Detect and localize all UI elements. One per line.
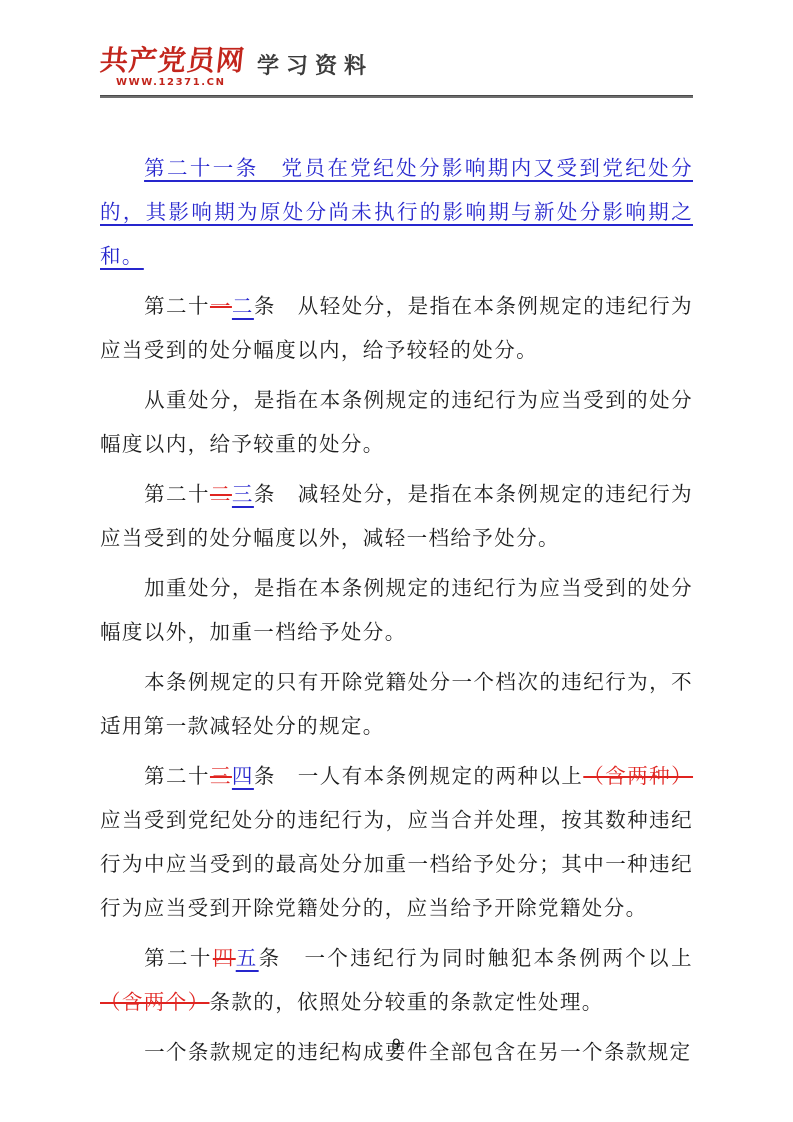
doc-type-label: 学习资料: [257, 49, 373, 80]
header-rule: [100, 95, 693, 98]
paragraph: 第二十二三条 减轻处分，是指在本条例规定的违纪行为应当受到的处分幅度以外，减轻一…: [100, 473, 693, 561]
inserted-text: 五: [236, 948, 259, 970]
site-logo: 共产党员网 WWW.12371.CN: [100, 46, 245, 88]
page-footer: 9: [0, 1037, 793, 1053]
paragraph: 第二十四五条 一个违纪行为同时触犯本条例两个以上（含两个）条款的，依照处分较重的…: [100, 937, 693, 1025]
inserted-text: 三: [232, 484, 254, 506]
text-run: 条 一人有本条例规定的两种以上: [254, 766, 583, 788]
paragraph: 第二十三四条 一人有本条例规定的两种以上（含两种）应当受到党纪处分的违纪行为，应…: [100, 755, 693, 931]
paragraph: 第二十一二条 从轻处分，是指在本条例规定的违纪行为应当受到的处分幅度以内，给予较…: [100, 285, 693, 373]
paragraph: 从重处分，是指在本条例规定的违纪行为应当受到的处分幅度以内，给予较重的处分。: [100, 379, 693, 467]
inserted-text: 第二十一条 党员在党纪处分影响期内又受到党纪处分的，其影响期为原处分尚未执行的影…: [100, 158, 693, 268]
logo-url-text: WWW.12371.CN: [116, 77, 226, 88]
inserted-text: 四: [232, 766, 254, 788]
text-run: 从重处分，是指在本条例规定的违纪行为应当受到的处分幅度以内，给予较重的处分。: [100, 390, 693, 456]
text-run: 加重处分，是指在本条例规定的违纪行为应当受到的处分幅度以外，加重一档给予处分。: [100, 578, 693, 644]
text-run: 条款的，依照处分较重的条款定性处理。: [210, 992, 604, 1014]
text-run: 第二十: [144, 484, 210, 506]
document-page: 共产党员网 WWW.12371.CN 学习资料 第二十一条 党员在党纪处分影响期…: [0, 0, 793, 1122]
deleted-text: 一: [210, 296, 232, 318]
text-run: 应当受到党纪处分的违纪行为，应当合并处理，按其数种违纪行为中应当受到的最高处分加…: [100, 810, 693, 920]
text-run: 本条例规定的只有开除党籍处分一个档次的违纪行为，不适用第一款减轻处分的规定。: [100, 672, 693, 738]
page-header: 共产党员网 WWW.12371.CN 学习资料: [100, 46, 693, 92]
page-number: 9: [392, 1037, 401, 1053]
text-run: 第二十: [144, 296, 210, 318]
deleted-text: 三: [210, 766, 232, 788]
document-body: 第二十一条 党员在党纪处分影响期内又受到党纪处分的，其影响期为原处分尚未执行的影…: [100, 147, 693, 1081]
logo-brand-text: 共产党员网: [98, 46, 246, 76]
deleted-text: 四: [213, 948, 236, 970]
inserted-text: 二: [232, 296, 254, 318]
paragraph: 加重处分，是指在本条例规定的违纪行为应当受到的处分幅度以外，加重一档给予处分。: [100, 567, 693, 655]
text-run: 第二十: [144, 948, 213, 970]
text-run: 条 一个违纪行为同时触犯本条例两个以上: [259, 948, 693, 970]
paragraph: 本条例规定的只有开除党籍处分一个档次的违纪行为，不适用第一款减轻处分的规定。: [100, 661, 693, 749]
deleted-text: （含两种）: [583, 766, 693, 788]
paragraph: 第二十一条 党员在党纪处分影响期内又受到党纪处分的，其影响期为原处分尚未执行的影…: [100, 147, 693, 279]
deleted-text: （含两个）: [100, 992, 210, 1014]
text-run: 第二十: [144, 766, 210, 788]
deleted-text: 二: [210, 484, 232, 506]
